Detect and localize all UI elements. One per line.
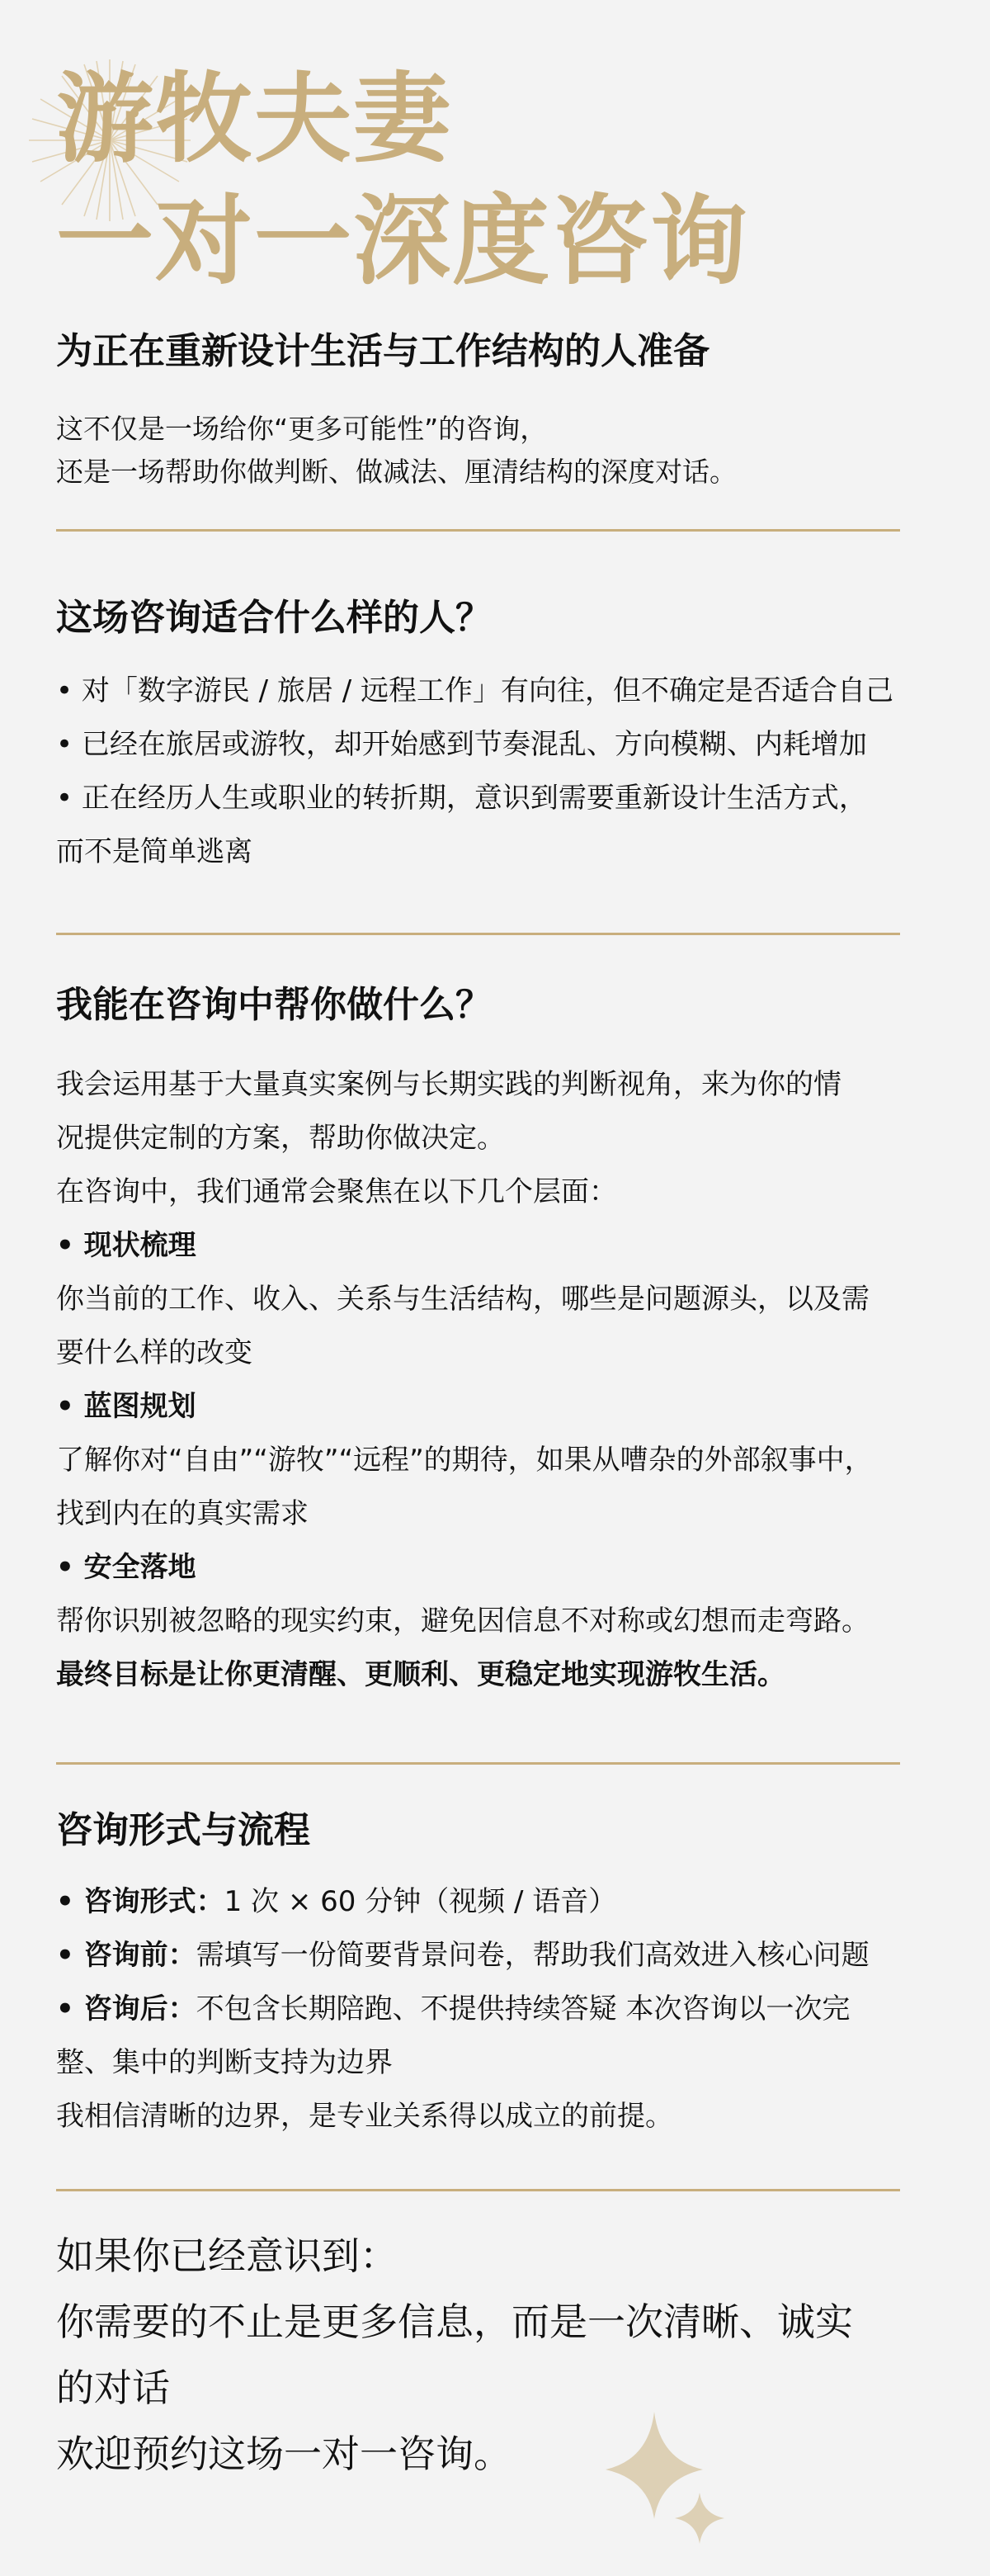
focus-intro: 在咨询中，我们通常会聚焦在以下几个层面： (56, 1165, 873, 1219)
format-label: • 咨询后： (56, 1992, 196, 2025)
format-item: • 咨询形式：1 次 × 60 分钟（视频 / 语音） (56, 1875, 870, 1929)
area-line: 了解你对“自由”“游牧”“远程”的期待，如果从嘈杂的外部叙事中， (56, 1434, 873, 1487)
closing-line: 你需要的不止是更多信息，而是一次清晰、诚实 (56, 2289, 853, 2355)
list-item: • 正在经历人生或职业的转折期，意识到需要重新设计生活方式， (56, 772, 893, 825)
boundary-note: 我相信清晰的边界，是专业关系得以成立的前提。 (56, 2090, 870, 2144)
audience-list: • 对「数字游民 / 旅居 / 远程工作」有向往，但不确定是否适合自己 • 已经… (56, 664, 893, 879)
area-line: 你当前的工作、收入、关系与生活结构，哪些是问题源头，以及需 (56, 1273, 873, 1326)
list-item: • 已经在旅居或游牧，却开始感到节奏混乱、方向模糊、内耗增加 (56, 718, 893, 772)
format-item: • 咨询后：不包含长期陪跑、不提供持续答疑 本次咨询以一次完 (56, 1983, 870, 2036)
subtitle: 为正在重新设计生活与工作结构的人准备 (56, 328, 709, 375)
intro-line: 还是一场帮助你做判断、做减法、厘清结构的深度对话。 (56, 451, 737, 494)
intro: 这不仅是一场给你“更多可能性”的咨询， 还是一场帮助你做判断、做减法、厘清结构的… (56, 408, 737, 494)
format-value: 不包含长期陪跑、不提供持续答疑 本次咨询以一次完 (196, 1992, 851, 2025)
paragraph-line: 我会运用基于大量真实案例与长期实践的判断视角，来为你的情 (56, 1058, 873, 1112)
format-list: • 咨询形式：1 次 × 60 分钟（视频 / 语音） • 咨询前：需填写一份简… (56, 1875, 870, 2144)
section-heading-audience: 这场咨询适合什么样的人？ (56, 595, 492, 641)
divider (56, 1762, 900, 1765)
title-line-2: 一对一深度咨询 (56, 180, 749, 302)
area-line: 帮你识别被忽略的现实约束，避免因信息不对称或幻想而走弯路。 (56, 1595, 873, 1648)
page-title: 游牧夫妻 一对一深度咨询 (56, 58, 749, 302)
area-line: 要什么样的改变 (56, 1326, 873, 1380)
area-line: 找到内在的真实需求 (56, 1487, 873, 1541)
divider (56, 529, 900, 532)
paragraph-line: 况提供定制的方案，帮助你做决定。 (56, 1112, 873, 1165)
format-item-continuation: 整、集中的判断支持为边界 (56, 2036, 870, 2090)
help-content: 我会运用基于大量真实案例与长期实践的判断视角，来为你的情 况提供定制的方案，帮助… (56, 1058, 873, 1702)
divider (56, 2189, 900, 2191)
title-line-1: 游牧夫妻 (56, 58, 749, 180)
closing-line: 如果你已经意识到： (56, 2223, 853, 2289)
area-title-blueprint: • 蓝图规划 (56, 1380, 873, 1434)
section-heading-format: 咨询形式与流程 (56, 1808, 310, 1854)
format-value: 1 次 × 60 分钟（视频 / 语音） (224, 1885, 617, 1918)
list-item-continuation: 而不是简单逃离 (56, 825, 893, 879)
goal-statement: 最终目标是让你更清醒、更顺利、更稳定地实现游牧生活。 (56, 1648, 873, 1702)
intro-line: 这不仅是一场给你“更多可能性”的咨询， (56, 408, 737, 451)
format-label: • 咨询形式： (56, 1885, 224, 1918)
format-item: • 咨询前：需填写一份简要背景问卷，帮助我们高效进入核心问题 (56, 1929, 870, 1983)
format-label: • 咨询前： (56, 1939, 196, 1972)
area-title-current-state: • 现状梳理 (56, 1219, 873, 1273)
sparkle-icon (602, 2410, 734, 2550)
list-item: • 对「数字游民 / 旅居 / 远程工作」有向往，但不确定是否适合自己 (56, 664, 893, 718)
section-heading-help: 我能在咨询中帮你做什么？ (56, 982, 492, 1028)
divider (56, 933, 900, 935)
area-title-safe-landing: • 安全落地 (56, 1541, 873, 1595)
format-value: 需填写一份简要背景问卷，帮助我们高效进入核心问题 (196, 1939, 870, 1972)
